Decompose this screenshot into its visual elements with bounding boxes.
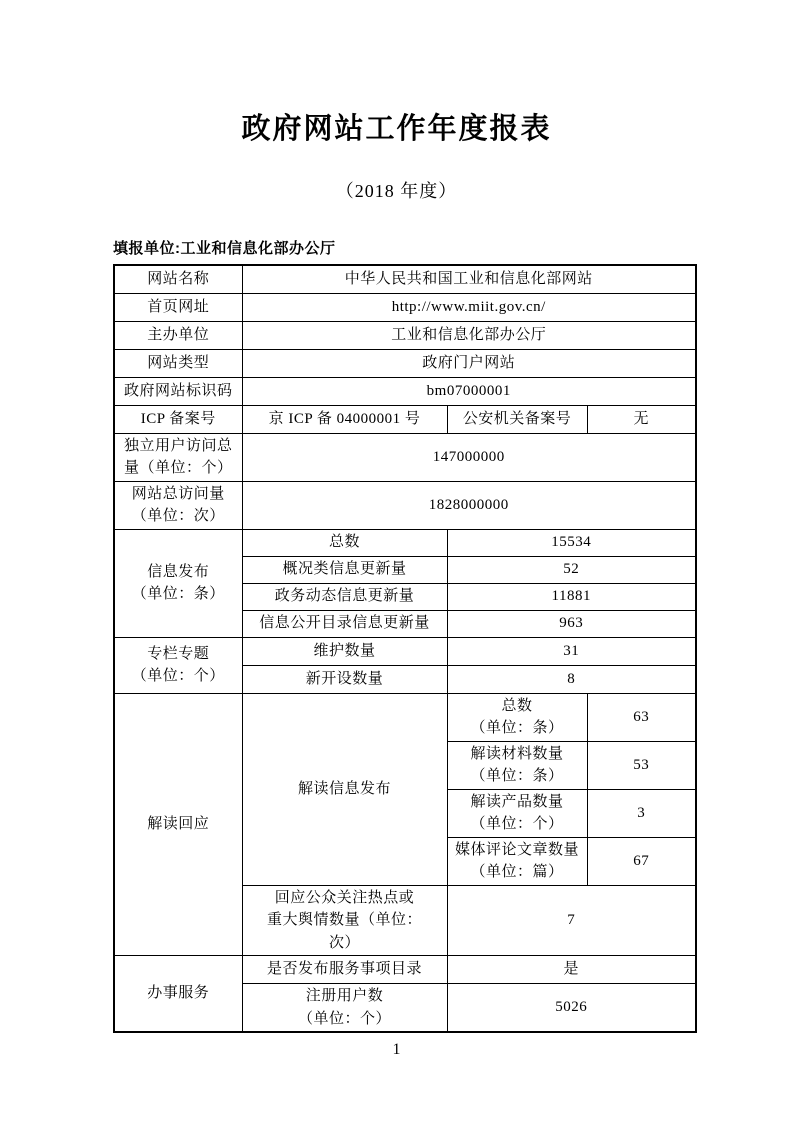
table-row: ICP 备案号 京 ICP 备 04000001 号 公安机关备案号 无 — [114, 405, 696, 433]
gov-news-update-label: 政务动态信息更新量 — [242, 583, 447, 610]
media-commentary-value: 67 — [587, 837, 696, 885]
interpretation-products-label: 解读产品数量 （单位：个） — [447, 789, 587, 837]
open-directory-update-value: 963 — [447, 610, 696, 637]
hotspot-response-value: 7 — [447, 885, 696, 956]
interpretation-materials-label: 解读材料数量 （单位：条） — [447, 741, 587, 789]
info-release-section-label: 信息发布 （单位：条） — [114, 529, 242, 637]
site-name-value: 中华人民共和国工业和信息化部网站 — [242, 265, 696, 293]
new-columns-value: 8 — [447, 665, 696, 693]
info-release-total-value: 15534 — [447, 529, 696, 556]
overview-update-label: 概况类信息更新量 — [242, 556, 447, 583]
page-title: 政府网站工作年度报表 — [0, 111, 793, 147]
organizer-value: 工业和信息化部办公厅 — [242, 321, 696, 349]
home-url-label: 首页网址 — [114, 293, 242, 321]
interpretation-total-label: 总数 （单位：条） — [447, 693, 587, 741]
interpretation-total-value: 63 — [587, 693, 696, 741]
maintained-columns-label: 维护数量 — [242, 637, 447, 665]
table-row: 政府网站标识码 bm07000001 — [114, 377, 696, 405]
hotspot-response-label: 回应公众关注热点或 重大舆情数量（单位： 次） — [242, 885, 447, 956]
interpretation-products-value: 3 — [587, 789, 696, 837]
site-code-value: bm07000001 — [242, 377, 696, 405]
site-type-label: 网站类型 — [114, 349, 242, 377]
overview-update-value: 52 — [447, 556, 696, 583]
service-directory-value: 是 — [447, 956, 696, 984]
table-row: 办事服务 是否发布服务事项目录 是 — [114, 956, 696, 984]
info-release-total-label: 总数 — [242, 529, 447, 556]
table-row: 主办单位 工业和信息化部办公厅 — [114, 321, 696, 349]
table-row: 网站总访问量 （单位：次） 1828000000 — [114, 481, 696, 529]
open-directory-update-label: 信息公开目录信息更新量 — [242, 610, 447, 637]
table-row: 网站类型 政府门户网站 — [114, 349, 696, 377]
table-row: 独立用户访问总 量（单位：个） 147000000 — [114, 433, 696, 481]
table-row: 信息发布 （单位：条） 总数 15534 — [114, 529, 696, 556]
table-row: 专栏专题 （单位：个） 维护数量 31 — [114, 637, 696, 665]
site-name-label: 网站名称 — [114, 265, 242, 293]
page-number: 1 — [0, 1041, 793, 1059]
total-visits-value: 1828000000 — [242, 481, 696, 529]
interpretation-section-label: 解读回应 — [114, 693, 242, 956]
site-type-value: 政府门户网站 — [242, 349, 696, 377]
site-code-label: 政府网站标识码 — [114, 377, 242, 405]
services-section-label: 办事服务 — [114, 956, 242, 1033]
registered-users-label: 注册用户数 （单位：个） — [242, 984, 447, 1033]
reporting-unit: 填报单位:工业和信息化部办公厅 — [113, 239, 336, 259]
annual-report-table: 网站名称 中华人民共和国工业和信息化部网站 首页网址 http://www.mi… — [113, 264, 697, 1033]
icp-value: 京 ICP 备 04000001 号 — [242, 405, 447, 433]
registered-users-value: 5026 — [447, 984, 696, 1033]
organizer-label: 主办单位 — [114, 321, 242, 349]
police-record-label: 公安机关备案号 — [447, 405, 587, 433]
police-record-value: 无 — [587, 405, 696, 433]
new-columns-label: 新开设数量 — [242, 665, 447, 693]
unique-visitors-label: 独立用户访问总 量（单位：个） — [114, 433, 242, 481]
gov-news-update-value: 11881 — [447, 583, 696, 610]
interpretation-release-label: 解读信息发布 — [242, 693, 447, 885]
unique-visitors-value: 147000000 — [242, 433, 696, 481]
total-visits-label: 网站总访问量 （单位：次） — [114, 481, 242, 529]
table-row: 网站名称 中华人民共和国工业和信息化部网站 — [114, 265, 696, 293]
maintained-columns-value: 31 — [447, 637, 696, 665]
interpretation-materials-value: 53 — [587, 741, 696, 789]
report-year: （2018 年度） — [0, 178, 793, 204]
media-commentary-label: 媒体评论文章数量 （单位：篇） — [447, 837, 587, 885]
service-directory-label: 是否发布服务事项目录 — [242, 956, 447, 984]
table-row: 解读回应 解读信息发布 总数 （单位：条） 63 — [114, 693, 696, 741]
icp-label: ICP 备案号 — [114, 405, 242, 433]
special-columns-section-label: 专栏专题 （单位：个） — [114, 637, 242, 693]
home-url-value: http://www.miit.gov.cn/ — [242, 293, 696, 321]
table-row: 首页网址 http://www.miit.gov.cn/ — [114, 293, 696, 321]
